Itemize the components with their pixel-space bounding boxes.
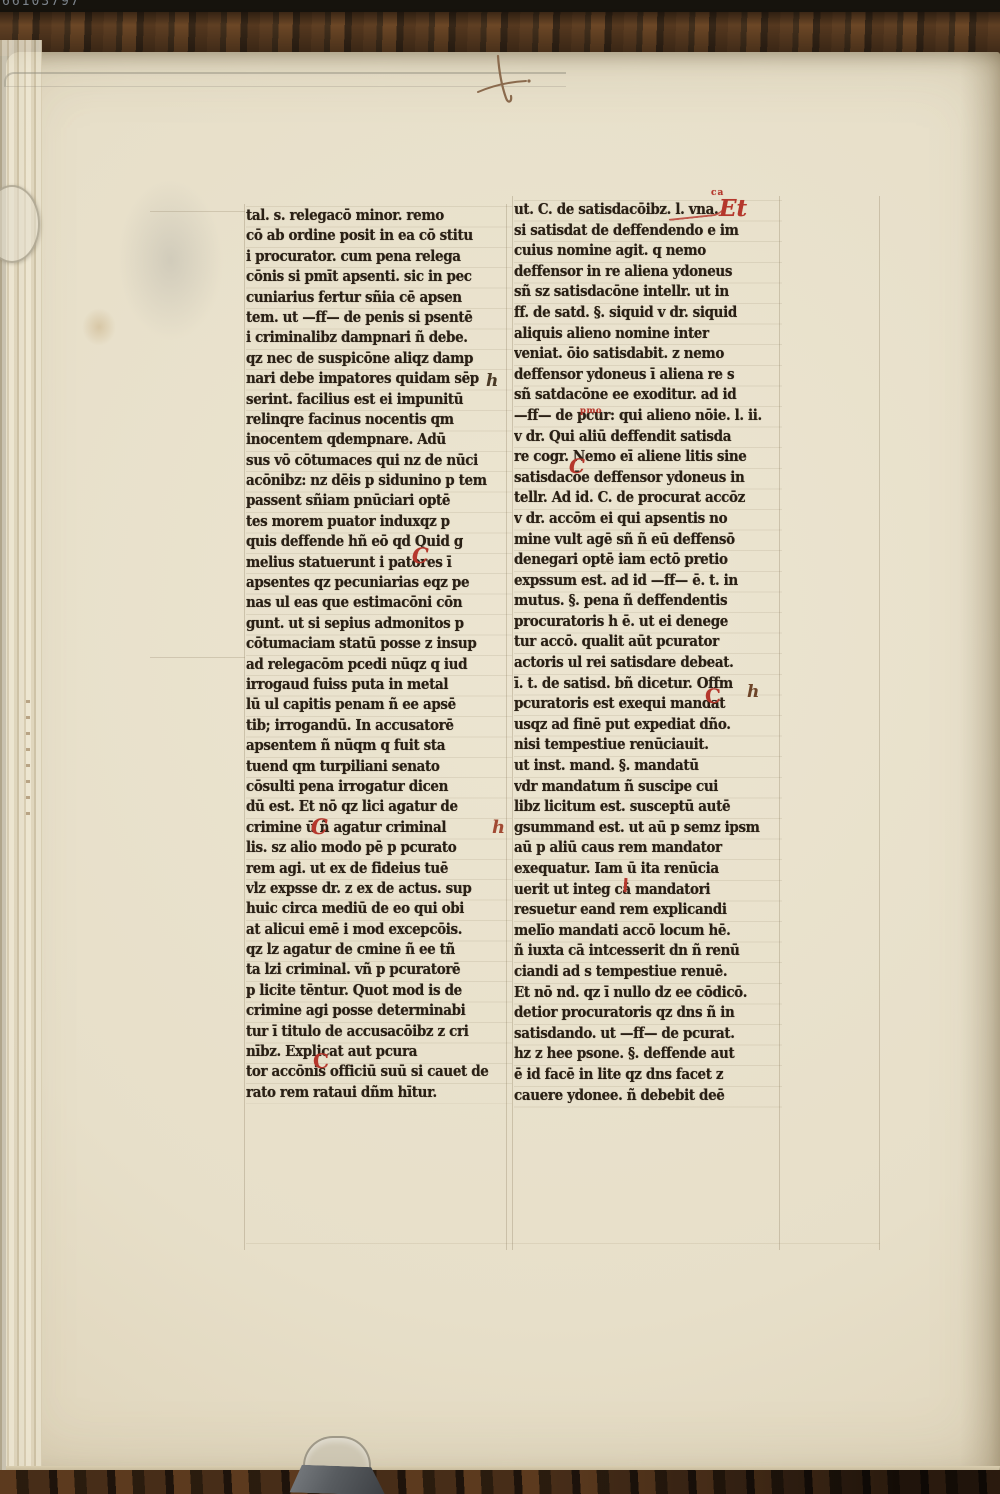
manuscript-text-line: exequatur. Iam ū ita renūcia <box>514 859 763 880</box>
manuscript-text-line: qz nec de suspicōne aliqz damp <box>246 349 493 369</box>
rubric-et-swash: C <box>311 816 328 837</box>
manuscript-text-line: gunt. ut si sepius admonitos p <box>246 614 493 634</box>
manuscript-text-line: cauere ydonee. ñ debebit deē <box>514 1086 763 1107</box>
pricking-holes <box>26 700 30 820</box>
manuscript-text-line: ī. t. de satisd. bñ dicetur. Offm <box>514 674 763 695</box>
ruling-line-horizontal <box>246 1243 880 1244</box>
manuscript-text-line: sñ sz satisdacōne intellr. ut in <box>514 282 763 303</box>
manuscript-text-line: tor accōnis officiū suū si cauet de <box>246 1062 493 1082</box>
rubric-offm-initial: C <box>705 686 721 706</box>
manuscript-text-line: satisdando. ut —ff— de pcurat. <box>514 1024 763 1045</box>
manuscript-text-line: huic circa mediū de eo qui obi <box>246 899 493 919</box>
manuscript-text-line: veniat. ōio satisdabit. z nemo <box>514 344 763 365</box>
manuscript-text-line: resuetur eand rem explicandi <box>514 900 763 921</box>
manuscript-text-line: tur accō. qualit aūt pcurator <box>514 632 763 653</box>
manuscript-text-line: melius statuerunt i patores ī <box>246 553 493 573</box>
manuscript-text-line: deffensor in re aliena ydoneus <box>514 262 763 283</box>
ruling-line-horizontal <box>150 211 245 212</box>
manuscript-text-line: usqz ad finē put expediat dño. <box>514 715 763 736</box>
manuscript-text-line: ad relegacōm pcedi nūqz q iud <box>246 655 493 675</box>
manuscript-text-line: actoris ul rei satisdare debeat. <box>514 653 763 674</box>
binding-bottom-edge <box>0 1470 1000 1494</box>
manuscript-text-line: aliquis alieno nomine inter <box>514 324 763 345</box>
manuscript-text-line: detior procuratoris qz dns ñ in <box>514 1003 763 1024</box>
text-column-right: ut. C. de satisdacōibz. l. vna.si satisd… <box>514 200 782 1108</box>
ruling-line-vertical <box>512 196 513 1250</box>
manuscript-text-line: apsentes qz pecuniarias eqz pe <box>246 573 493 593</box>
manuscript-text-line: ff. de satd. §. siquid v dr. siquid <box>514 303 763 324</box>
manuscript-text-line: nas ul eas que estimacōni cōn <box>246 593 493 613</box>
manuscript-text-line: tib; irrogandū. In accusatorē <box>246 716 493 736</box>
manuscript-text-line: p licite tēntur. Quot mod is de <box>246 981 493 1001</box>
manuscript-text-line: tem. ut —ff— de penis si psentē <box>246 308 493 328</box>
manuscript-text-line: denegari optē iam ectō pretio <box>514 550 763 571</box>
manuscript-text-line: v dr. Qui aliū deffendit satisda <box>514 427 763 448</box>
manuscript-text-line: cuius nomine agit. q nemo <box>514 241 763 262</box>
manuscript-text-line: inocentem qdempnare. Adū <box>246 430 493 450</box>
manuscript-text-line: aū p aliū caus rem mandator <box>514 838 763 859</box>
manuscript-text-line: apsentem ñ nūqm q fuit sta <box>246 736 493 756</box>
manuscript-text-line: cōsulti pena irrogatur dicen <box>246 777 493 797</box>
parchment-stain <box>118 180 223 340</box>
manuscript-text-line: dū est. Et nō qz lici agatur de <box>246 797 493 817</box>
margin-mark-h: h <box>492 819 505 837</box>
manuscript-text-line: lū ul capitis penam ñ ee apsē <box>246 695 493 715</box>
manuscript-text-line: irrogaud fuiss puta in metal <box>246 675 493 695</box>
manuscript-text-line: deffensor ydoneus ī aliena re s <box>514 365 763 386</box>
manuscript-text-line: tal. s. relegacō minor. remo <box>246 206 493 226</box>
margin-mark-h: h <box>747 684 759 701</box>
manuscript-text-line: tellr. Ad id. C. de procurat accōz <box>514 488 763 509</box>
shelfmark-number: 66103797 <box>2 0 81 9</box>
manuscript-text-line: si satisdat de deffendendo e im <box>514 221 763 242</box>
ruling-line-vertical <box>879 196 880 1250</box>
rubric-quid-swash: C <box>412 545 429 566</box>
text-column-left: tal. s. relegacō minor. remocō ab ordine… <box>246 206 512 1104</box>
manuscript-text-line: mine vult agē sñ ñ eū deffensō <box>514 530 763 551</box>
manuscript-text-line: serint. facilius est ei impunitū <box>246 390 493 410</box>
manuscript-text-line: vlz expsse dr. z ex de actus. sup <box>246 879 493 899</box>
manuscript-text-line: hz z hee psone. §. deffende aut <box>514 1044 763 1065</box>
manuscript-photo: 66103797 tal. s. relegacō minor. remocō … <box>0 0 1000 1494</box>
manuscript-text-line: vdr mandatum ñ suscipe cui <box>514 777 763 798</box>
manuscript-text-line: cō ab ordine posit in ea cō stitu <box>246 226 493 246</box>
manuscript-text-line: satisdacōe deffensor ydoneus in <box>514 468 763 489</box>
manuscript-text-line: sñ satdacōne ee exoditur. ad id <box>514 385 763 406</box>
manuscript-text-line: passent sñiam pnūciari optē <box>246 491 493 511</box>
manuscript-text-line: tur ī titulo de accusacōibz z cri <box>246 1022 493 1042</box>
manuscript-text-line: pcuratoris est exequi mandat <box>514 694 763 715</box>
manuscript-text-line: re cogr. Nemo eī aliene litis sine <box>514 447 763 468</box>
manuscript-text-line: qz lz agatur de cmine ñ ee tñ <box>246 940 493 960</box>
manuscript-text-line: acōnibz: nz dēis p sidunino p tem <box>246 471 493 491</box>
manuscript-text-line: ta lzi criminal. vñ p pcuratorē <box>246 960 493 980</box>
manuscript-text-line: v dr. accōm ei qui apsentis no <box>514 509 763 530</box>
manuscript-text-line: rato rem rataui dñm hītur. <box>246 1083 493 1103</box>
manuscript-text-line: sus vō cōtumaces qui nz de nūci <box>246 451 493 471</box>
manuscript-text-line: quis deffende hñ eō qd Quid g <box>246 532 493 552</box>
manuscript-text-line: cōtumaciam statū posse z insup <box>246 634 493 654</box>
page-weight-clip-stem <box>290 1464 387 1494</box>
page-right-shadow <box>960 52 1000 1472</box>
manuscript-text-line: rem agi. ut ex de fideius tuē <box>246 859 493 879</box>
manuscript-text-line: lis. sz alio modo pē p pcurato <box>246 838 493 858</box>
parchment-spot <box>82 308 116 346</box>
manuscript-text-line: tes morem puator induxqz p <box>246 512 493 532</box>
margin-mark-h: h <box>486 373 498 390</box>
manuscript-text-line: relinqre facinus nocentis qm <box>246 410 493 430</box>
manuscript-text-line: uerit ut integ cā mandatori <box>514 880 763 901</box>
manuscript-text-line: i procurator. cum pena relega <box>246 247 493 267</box>
manuscript-text-line: crimine agi posse determinabi <box>246 1001 493 1021</box>
manuscript-text-line: melīo mandati accō locum hē. <box>514 921 763 942</box>
manuscript-text-line: —ff— de pcur: qui alieno nōie. l. ii. <box>514 406 763 427</box>
manuscript-text-line: tuend qm turpiliani senato <box>246 757 493 777</box>
ruling-line-horizontal <box>150 657 245 658</box>
manuscript-text-line: cuniarius fertur sñia cē apsen <box>246 288 493 308</box>
manuscript-text-line: nisi tempestiue renūciauit. <box>514 735 763 756</box>
rubric-pmo-note: pmo <box>580 407 602 416</box>
manuscript-text-line: at alicui emē i mod excepcōis. <box>246 920 493 940</box>
manuscript-text-line: Et nō nd. qz ī nullo dz ee cōdicō. <box>514 983 763 1004</box>
pen-cross-mark <box>468 48 538 118</box>
manuscript-text-line: libz licitum est. susceptū autē <box>514 797 763 818</box>
manuscript-text-line: procuratoris h ē. ut ei denege <box>514 612 763 633</box>
manuscript-text-line: crimine ū ñ agatur criminal <box>246 818 493 838</box>
rubric-nemo-swash: C <box>569 456 585 476</box>
manuscript-text-line: expssum est. ad id —ff— ē. t. in <box>514 571 763 592</box>
manuscript-text-line: nībz. Explicat aut pcura <box>246 1042 493 1062</box>
ruling-line-vertical <box>244 204 245 1250</box>
manuscript-text-line: cōnis si pmīt apsenti. sic in pec <box>246 267 493 287</box>
manuscript-text-line: nari debe impatores quidam sēp <box>246 369 493 389</box>
manuscript-text-line: ciandi ad s tempestiue renuē. <box>514 962 763 983</box>
manuscript-text-line: ut inst. mand. §. mandatū <box>514 756 763 777</box>
manuscript-text-line: ñ iuxta cā intcesserit dn ñ renū <box>514 941 763 962</box>
manuscript-text-line: i criminalibz dampnari ñ debe. <box>246 328 493 348</box>
rubric-explicit-initial: C <box>313 1051 329 1071</box>
manuscript-text-line: ē id facē in lite qz dns facet z <box>514 1065 763 1086</box>
manuscript-text-line: mutus. §. pena ñ deffendentis <box>514 591 763 612</box>
manuscript-text-line: gsummand est. ut aū p semz ipsm <box>514 818 763 839</box>
